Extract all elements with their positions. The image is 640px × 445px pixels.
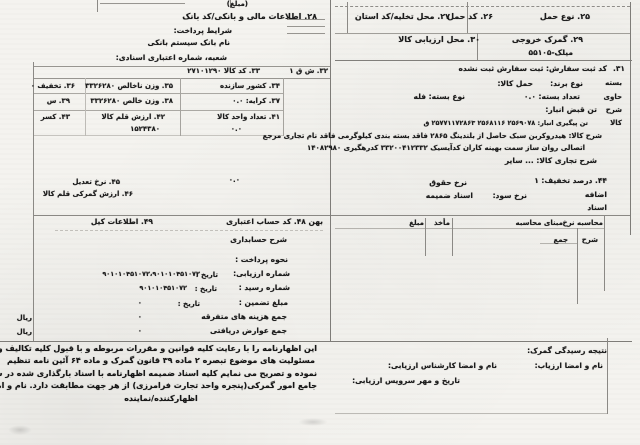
bank-name-label: نام بانک سیستم بانکی xyxy=(148,38,231,48)
package-type: نوع بسته: فله xyxy=(414,92,465,102)
guarantee-amount-label: مبلغ تضمین : xyxy=(239,298,288,308)
rule-bottom-section xyxy=(0,341,632,342)
rule-review-bottom xyxy=(335,413,607,414)
rule-top-dashed xyxy=(335,6,630,7)
evaluation-no-label: شماره ارزیابی: xyxy=(233,269,290,279)
box45-adjustment-rate: ۴۵. نرخ تعدیل xyxy=(72,177,120,187)
service-stamp-label: تاریخ و مهر سرویس ارزیابی: xyxy=(352,376,460,386)
divider-box27-box26 xyxy=(347,2,348,33)
divider-calc-rate xyxy=(452,218,453,256)
calc-col-basis: مبنای محاسبه xyxy=(515,218,563,228)
appraiser-signature-label: نام و امضا ارزیاب: xyxy=(535,361,603,371)
warehouse-receipt-label: تن قبض انبار: xyxy=(545,105,597,115)
declaration-statement: این اظهارنامه را با رعایت کلیه قوانین و … xyxy=(5,343,317,405)
goods-description-line2: اتصالی روان ساز سمت بهینه کاران کدآیسیک … xyxy=(307,143,585,153)
box41-unit-count: ۴۱. تعداد واحد کالا xyxy=(217,112,280,122)
evaluation-no-value: ۹۰۱۰۱۰۴۵۱۰۷۲،۹۰۱۰۱۰۴۵۱۰۷۲ xyxy=(102,269,200,279)
rule-under-customs-row xyxy=(335,60,632,61)
accounting-title: شرح حسابداری xyxy=(230,235,287,245)
misc-rial-unit: ریال xyxy=(17,313,32,323)
box30-evaluation-place: ۳۰. محل ارزیابی کالا xyxy=(398,35,480,45)
package-count: تعداد بسته: ۰.۰ xyxy=(524,92,580,102)
calc-col-amount: مبلغ xyxy=(409,218,424,228)
edge-label-containing: حاوی xyxy=(604,92,622,102)
box25-transport-type: ۲۵. نوع حمل xyxy=(540,12,590,22)
customs-declaration-scan: (مبلغ) ۲۵. نوع حمل ۲۶. کد حمل ۲۷. محل تخ… xyxy=(0,0,640,445)
declaration-line: اظهارکننده/نماینده xyxy=(5,393,317,405)
fees-rial-unit: ریال xyxy=(17,327,32,337)
divider-calc-side xyxy=(577,228,578,304)
goods-description-line1: شرح کالا: هیدروکربن سبک حاصل از بلندینگ … xyxy=(263,131,602,141)
attached-documents-label: اسناد ضمیمه xyxy=(426,191,473,201)
receipt-date-label: تاریخ : xyxy=(195,284,217,294)
edge-label-goods: کالا xyxy=(610,118,622,128)
receipt-no-label: شماره رسید : xyxy=(239,283,290,293)
box37-freight: ۳۷. کرایه: ۰.۰ xyxy=(232,96,280,106)
misc-expenses-value: ۰ xyxy=(138,312,142,322)
scan-smudge xyxy=(298,418,328,426)
rule-grid-row-b xyxy=(33,93,283,94)
declaration-line: جامع امور گمرکی(پنجره واحد تجارت فرامرزی… xyxy=(5,380,317,392)
box38-net-weight: ۳۸. وزن خالص ۳۳۲۶۲۸۰ xyxy=(90,96,173,106)
duty-rate-label: نرخ حقوق xyxy=(429,178,467,188)
calc-col-rate: مأخذ xyxy=(434,218,450,228)
rule-duty-divider xyxy=(33,215,630,216)
divider-grid-col-1 xyxy=(283,78,284,136)
declaration-line: نموده و تصریح می نمایم کلیه اسناد ضمیمه … xyxy=(5,368,317,380)
payment-method-label: نحوه پرداخت : xyxy=(235,255,288,265)
rule-account-row xyxy=(55,230,323,231)
duty-left-value: ۰.۰ xyxy=(229,175,240,185)
guarantee-date-label: تاریخ : xyxy=(178,299,200,309)
rule-bank-blank-3 xyxy=(287,33,325,34)
payment-terms-label: شرایط پرداخت: xyxy=(174,26,232,36)
box42-item-value: ۴۲. ارزش قلم کالا xyxy=(102,112,165,122)
box28-bank-info: ۲۸. اطلاعات مالی و بانکی/کد بانک xyxy=(182,12,317,22)
box43-deduction: ۴۳. کسر xyxy=(41,112,70,122)
rule-under-bank-section xyxy=(33,66,330,67)
box44-discount-percent: ۴۴. درصد تخفیف: ۱ xyxy=(534,176,607,186)
edge-label-description: شرح xyxy=(606,105,622,115)
box46-customs-value: ۴۶. ارزش گمرکی قلم کالا xyxy=(43,189,133,199)
box29-exit-customs: ۲۹. گمرک خروجی xyxy=(512,35,583,45)
edge-label-addition: اضافه xyxy=(585,190,607,200)
calc-side-label: محاسبه نرخ xyxy=(563,218,603,228)
declaration-line: این اظهارنامه را با رعایت کلیه قوانین و … xyxy=(5,343,317,355)
guarantee-amount-value: ۰ xyxy=(138,298,142,308)
box49-info: ۴۹. اطلاعات کیل xyxy=(91,217,153,227)
box26-transport-code: ۲۶. کد حمل xyxy=(447,12,493,22)
box32-item-no: ۳۲. ش ق ۱ xyxy=(289,66,328,76)
goods-transport-label: حمل کالا: xyxy=(497,79,533,89)
misc-expenses-label: جمع هزینه های متفرقه xyxy=(201,312,287,322)
receipt-no-value: ۹۰۱۰۱۰۴۵۱۰۷۲ xyxy=(139,283,187,293)
divider-top-fragment xyxy=(97,0,98,12)
fees-total-value: ۰ xyxy=(138,326,142,336)
box48-credit-account: بهن ۴۸. کد حساب اعتباری xyxy=(226,217,323,227)
divider-calc-edge xyxy=(604,215,605,291)
rule-grid-bottom xyxy=(33,135,283,136)
box35-gross-weight: ۳۵. وزن ناخالص ۳۳۲۶۲۸۰ xyxy=(85,81,173,91)
box27-unloading-place: ۲۷. محل تخلیه/کد استان xyxy=(355,12,450,22)
rule-grid-row-c xyxy=(33,110,283,111)
rule-calc-header xyxy=(335,228,604,229)
divider-grid-col-2 xyxy=(180,78,181,136)
border-left-inner xyxy=(33,62,34,341)
declaration-line: مسئولیت های موضوع تبصره ۲ ماده ۳۹ قانون … xyxy=(5,355,317,367)
brand-type-label: نوع برند: xyxy=(550,79,583,89)
profit-rate-label: نرخ سود: xyxy=(493,191,527,201)
divider-review-edge xyxy=(607,338,608,414)
top-amount-fragment: (مبلغ) xyxy=(227,0,248,9)
edge-label-documents: اسناد xyxy=(587,203,607,213)
box29-exit-customs-value: میلک-۵۵۱۰۵ xyxy=(529,48,573,58)
box41-value: ۰.۰ xyxy=(231,124,242,134)
rule-top-fragment xyxy=(100,3,185,4)
calc-row-description: شرح xyxy=(582,235,598,245)
fees-total-label: جمع عوارض دریافتی xyxy=(210,326,287,336)
scan-smudge xyxy=(8,425,32,435)
rule-under-transport-row xyxy=(335,33,630,34)
box42-value: ۱۵۲۴۳۸۰ xyxy=(130,124,160,134)
branch-credit-label: شعبه، شماره اعتباری اسنادی: xyxy=(116,53,227,63)
rule-bank-blank-2 xyxy=(287,26,325,27)
calc-row-total: جمع xyxy=(553,235,568,245)
box36-discount: ۳۶. تخفیف ۰ xyxy=(31,81,75,91)
border-right xyxy=(630,2,631,235)
warehouse-tracking-numbers: تن پیگیری انبار: ۲۵۶۹۰۷۸ ۲۵۶۸۱۱۶ ۲۵۷۷۱۱۷… xyxy=(423,118,588,128)
edge-label-packages: بسته xyxy=(605,78,622,88)
commercial-description: شرح تجاری کالا: ... سایر xyxy=(505,156,597,166)
box31-number: ۳۱. xyxy=(613,64,625,74)
box34-origin-country: ۳۴. کشور سازنده xyxy=(220,81,280,91)
box39-insurance: ۳۹. س xyxy=(47,96,70,106)
divider-calc-amount xyxy=(425,218,426,256)
divider-main-center xyxy=(330,0,331,341)
rule-grid-row-a xyxy=(33,78,330,79)
expert-signature-label: نام و امضا کارشناس ارزیابی: xyxy=(388,361,497,371)
box33-hs-code: ۳۳. کد کالا ۲۷۱۰۱۲۹۰ xyxy=(187,66,260,76)
review-result-label: نتیجه رسیدگی گمرک: xyxy=(527,346,607,356)
order-registration: کد ثبت سفارش: ثبت سفارش ثبت نشده xyxy=(458,64,607,74)
